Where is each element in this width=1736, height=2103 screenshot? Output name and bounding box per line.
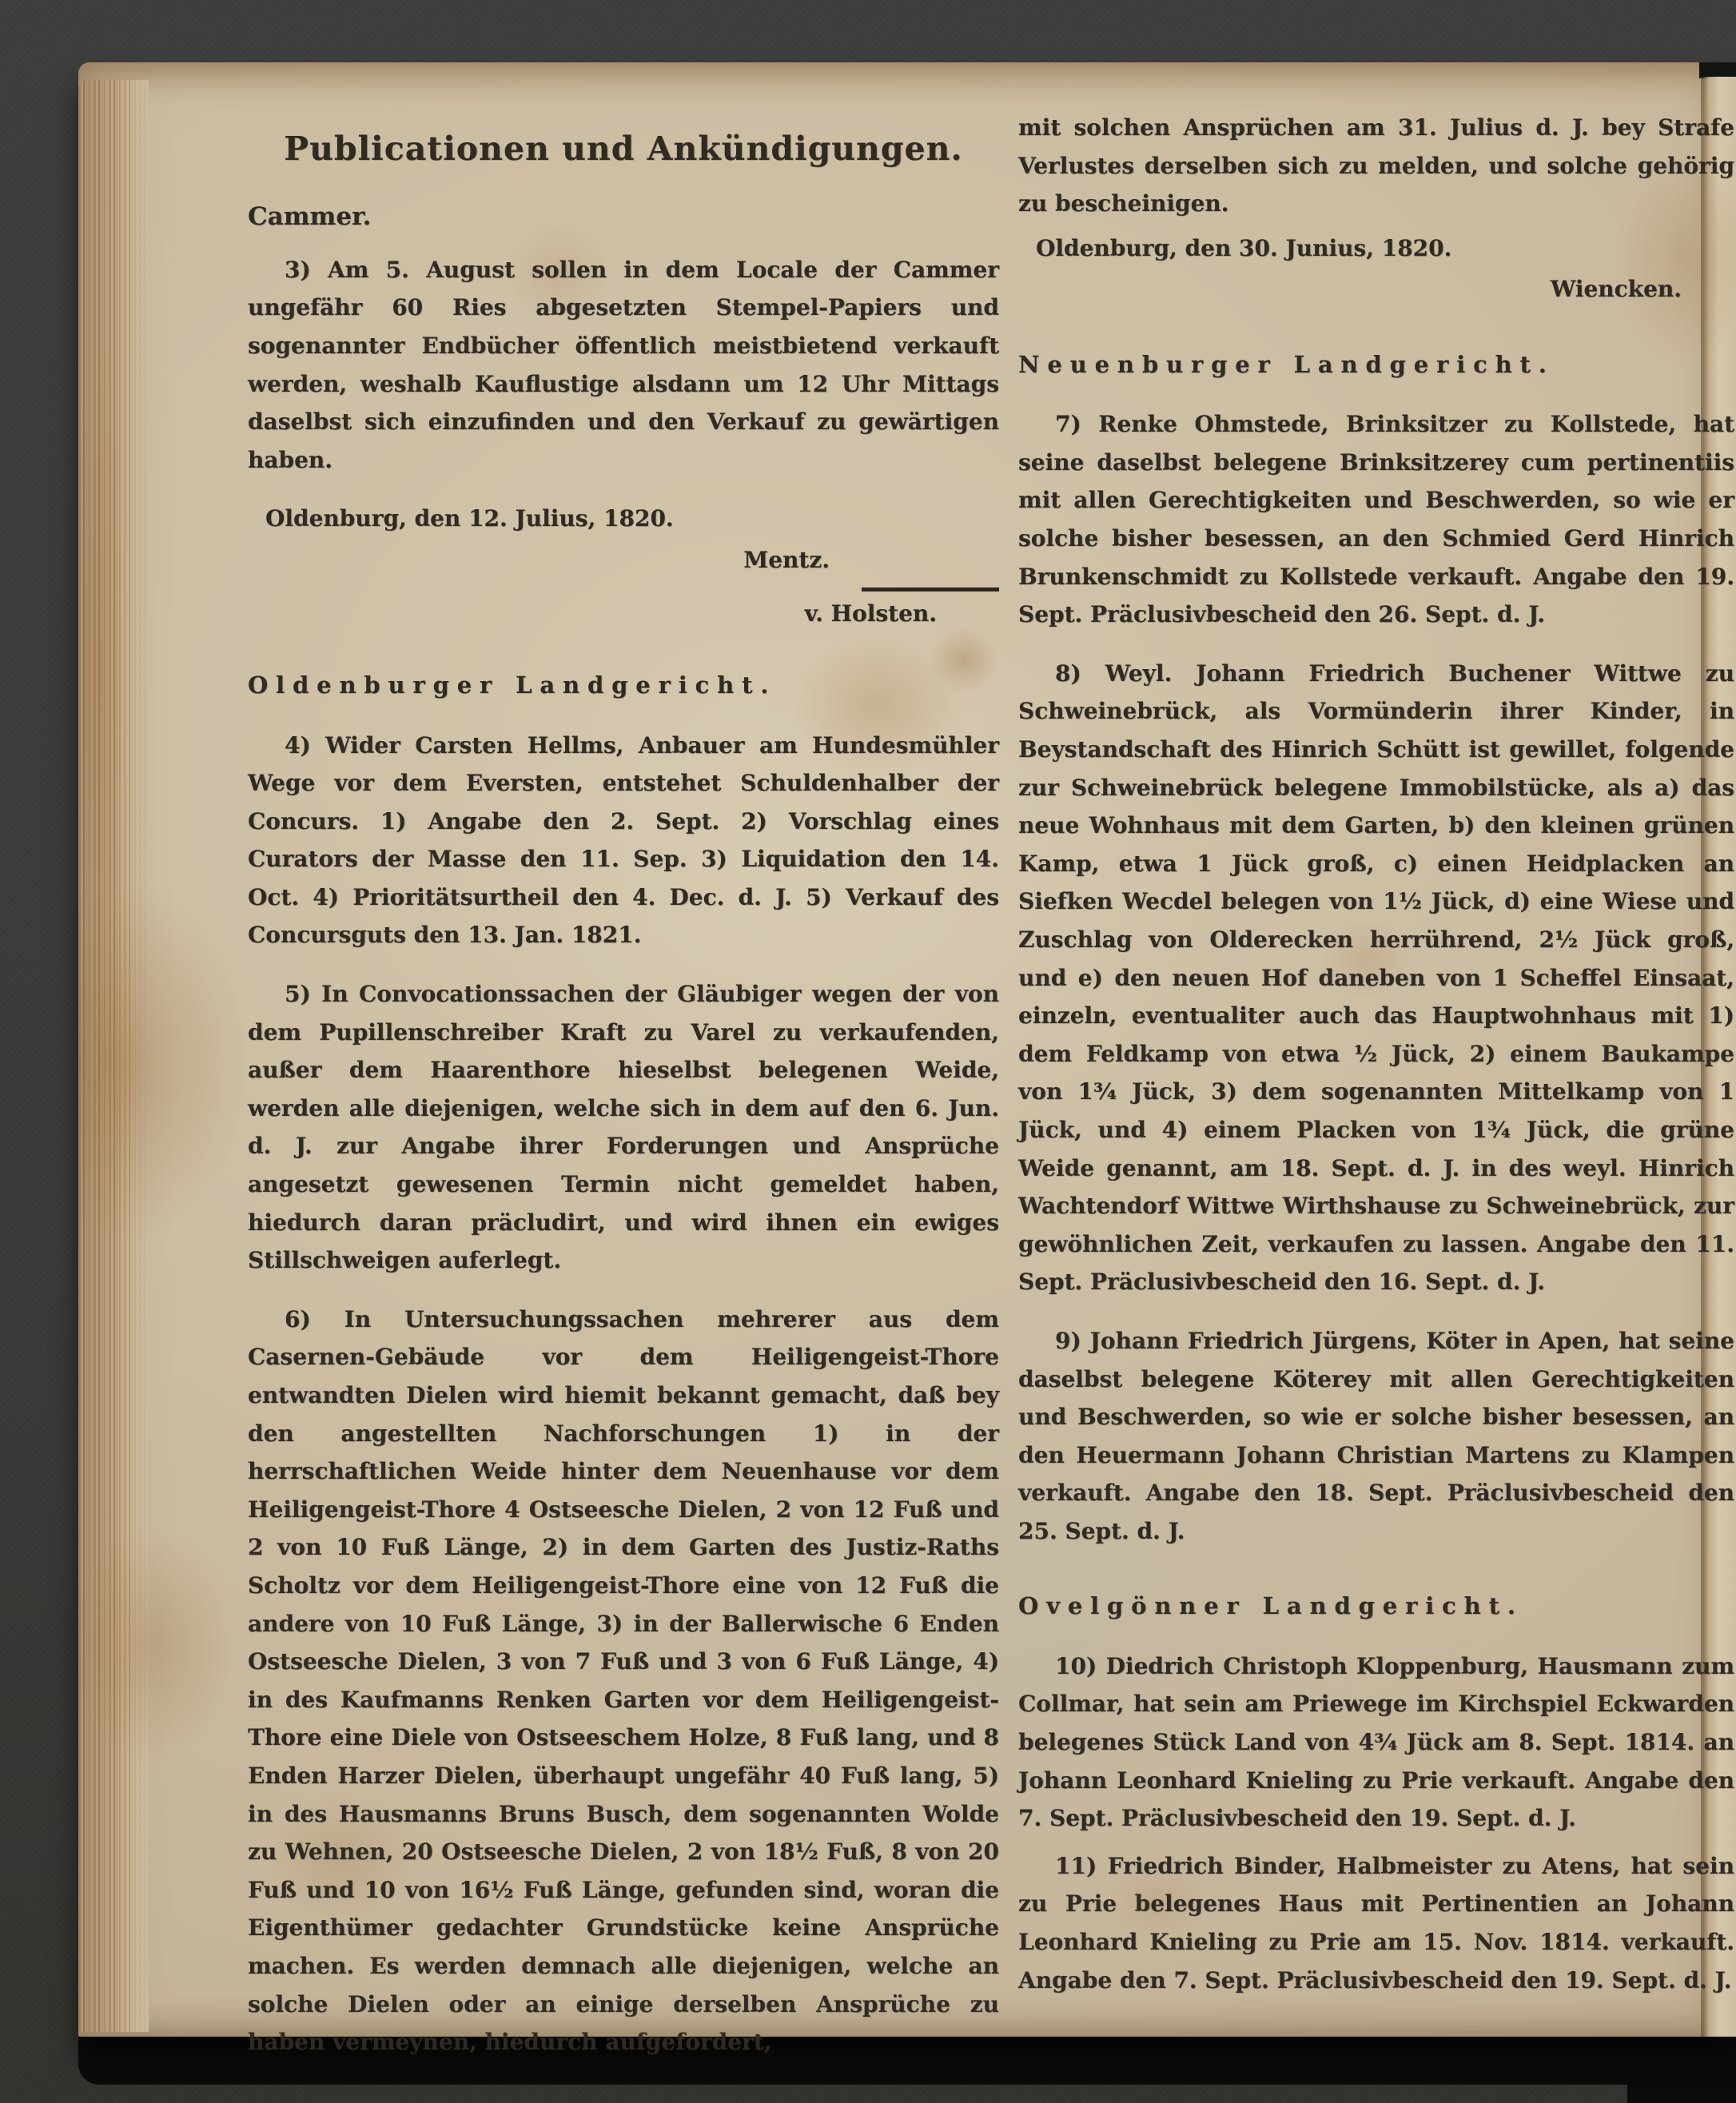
book-page: Publicationen und Ankündigungen. Cammer.… xyxy=(78,62,1736,2037)
left-column: Publicationen und Ankündigungen. Cammer.… xyxy=(248,129,999,2082)
section-heading-ovelgoenner-landgericht: Ovelgönner Landgericht. xyxy=(1018,1587,1734,1626)
dateline-oldenburg-12-julius: Oldenburg, den 12. Julius, 1820. xyxy=(248,500,999,538)
page-title: Publicationen und Ankündigungen. xyxy=(248,129,999,169)
scanned-book-photo: { "masthead": { "title": "Publicationen … xyxy=(0,0,1736,2103)
section-heading-cammer: Cammer. xyxy=(248,196,999,238)
page-edge-stack xyxy=(78,80,149,2032)
notice-5: 5) In Convocationssachen der Gläubiger w… xyxy=(248,975,999,1280)
top-right-gap xyxy=(1699,62,1736,78)
notice-6: 6) In Untersuchungssachen mehrerer aus d… xyxy=(248,1300,999,2061)
section-heading-oldenburger-landgericht: Oldenburger Landgericht. xyxy=(248,666,999,705)
notice-10: 10) Diedrich Christoph Kloppenburg, Haus… xyxy=(1018,1647,1734,1838)
notice-9: 9) Johann Friedrich Jürgens, Köter in Ap… xyxy=(1018,1322,1734,1551)
signature-mentz: Mentz. xyxy=(248,541,999,580)
signature-v-holsten: v. Holsten. xyxy=(248,595,999,633)
notice-4: 4) Wider Carsten Hellms, Anbauer am Hund… xyxy=(248,727,999,955)
signature-divider xyxy=(862,587,999,591)
signature-wiencken: Wiencken. xyxy=(1018,270,1734,309)
right-column: mit solchen Ansprüchen am 31. Julius d. … xyxy=(1018,109,1734,2020)
dateline-oldenburg-30-junius: Oldenburg, den 30. Junius, 1820. xyxy=(1018,229,1734,268)
notice-8: 8) Weyl. Johann Friedrich Buchener Wittw… xyxy=(1018,655,1734,1301)
notice-7: 7) Renke Ohmstede, Brinksitzer zu Kollst… xyxy=(1018,405,1734,634)
notice-3: 3) Am 5. August sollen in dem Locale der… xyxy=(248,251,999,480)
notice-11: 11) Friedrich Binder, Halbmeister zu Ate… xyxy=(1018,1847,1734,1999)
notice-6-continued: mit solchen Ansprüchen am 31. Julius d. … xyxy=(1018,109,1734,223)
section-heading-neuenburger-landgericht: Neuenburger Landgericht. xyxy=(1018,345,1734,384)
